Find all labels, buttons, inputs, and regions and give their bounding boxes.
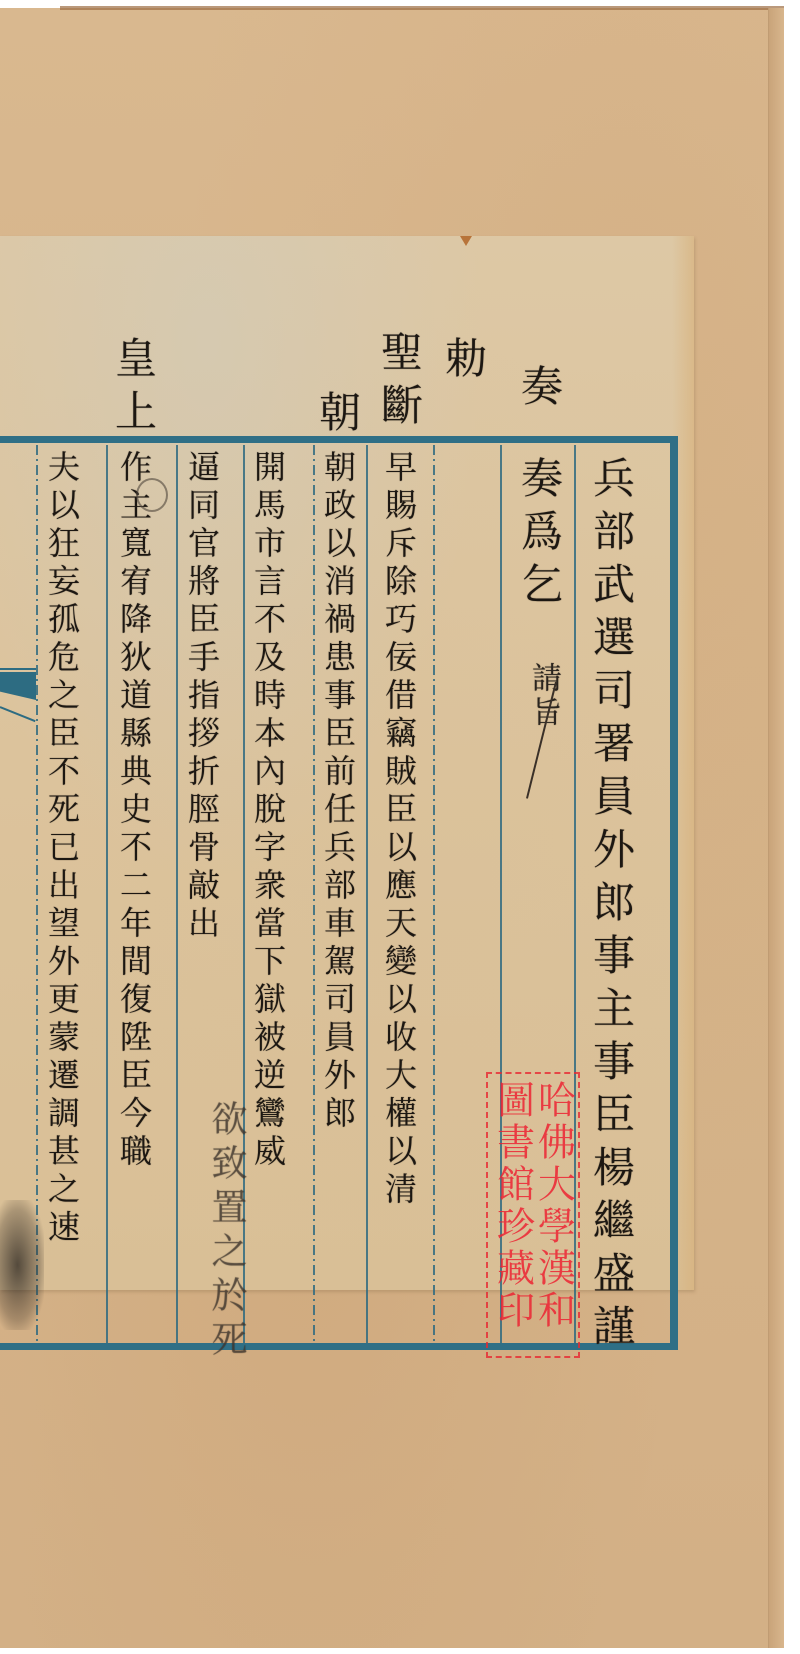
column-4: 朝政以消禍患事臣前任兵部車駕司員外郎 — [322, 450, 354, 1134]
raised-text-shengduan: 聖斷 — [378, 330, 420, 436]
raised-char-chi: 勅 — [442, 336, 484, 389]
column-7: 作主寬宥降狄道縣典史不二年間復陞臣今職 — [118, 450, 150, 1172]
column-8: 夫以狂妄孤危之臣不死已出望外更蒙遷調甚之速 — [46, 450, 78, 1248]
ink-blot — [0, 1200, 44, 1330]
backing-right-strip — [768, 8, 784, 1648]
page-margin — [784, 0, 800, 1654]
raised-text-huangshang: 皇上 — [112, 336, 154, 442]
backing-top-edge — [60, 6, 784, 10]
column-rule — [176, 445, 178, 1343]
column-5: 開馬市言不及時本內脫字衆當下獄被逆鸞威 — [252, 450, 284, 1172]
raised-char-zou: 奏 — [518, 364, 560, 417]
raised-char-chao: 朝 — [316, 390, 358, 443]
column-rule — [313, 445, 315, 1343]
column-rule — [433, 445, 435, 1343]
column-6: 逼同官將臣手指拶折脛骨敲出 — [186, 450, 218, 944]
collector-seal: 哈佛大學漢和 圖書館珍藏印 — [486, 1072, 580, 1358]
column-2: 奏爲乞 — [518, 456, 560, 615]
circle-annotation — [136, 478, 168, 512]
seal-line-2: 圖書館珍藏印 — [494, 1080, 532, 1350]
column-6-annotation: 欲致置之於死 — [208, 1100, 244, 1364]
fold-tab-line — [0, 668, 36, 670]
seal-line-1: 哈佛大學漢和 — [535, 1080, 573, 1350]
column-3: 早賜斥除巧佞借竊賊臣以應天變以收大權以清 — [383, 450, 415, 1210]
column-1: 兵部武選司署員外郎事主事臣楊繼盛謹 — [590, 456, 632, 1357]
column-rule — [366, 445, 368, 1343]
column-rule — [106, 445, 108, 1343]
